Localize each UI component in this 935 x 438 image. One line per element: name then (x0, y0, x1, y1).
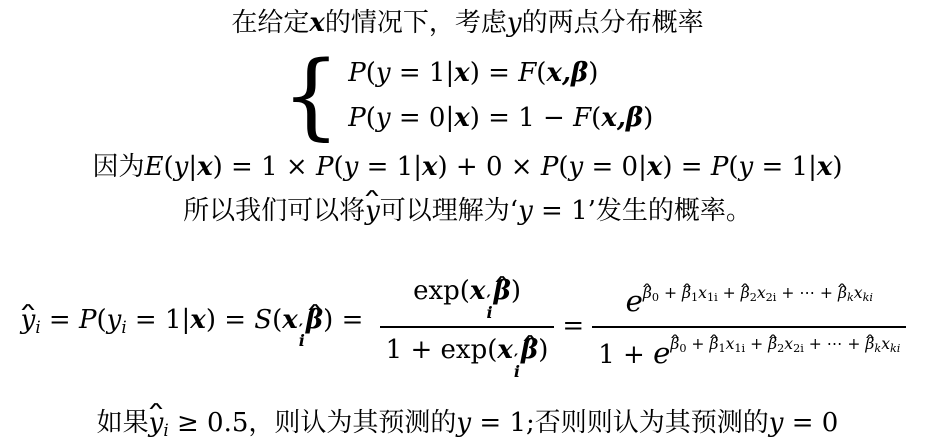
math-token: x (601, 103, 617, 133)
math-token: x (817, 152, 833, 182)
math-token: = (471, 408, 509, 438)
math-token: = (783, 408, 821, 438)
math-token: 1 (792, 152, 809, 182)
formula-left-part: ∧yi = P(yi = 1|x) = S(x′i∧β) = (21, 305, 372, 347)
math-token: y (107, 305, 122, 335)
math-token: F (518, 58, 536, 88)
math-token: + (686, 335, 709, 353)
math-token: y (507, 8, 522, 38)
math-token: , (617, 103, 626, 133)
hat-accent-icon: ∧ (362, 188, 382, 198)
hatted-token: ∧β (682, 284, 691, 302)
hatted-token: ∧β (306, 305, 323, 335)
math-token: ) (511, 276, 521, 306)
math-token: + (448, 152, 486, 182)
math-token: y (376, 103, 391, 133)
math-token: 0 (652, 291, 659, 304)
math-token: | (188, 152, 197, 182)
math-token: 1 (165, 305, 182, 335)
math-token: + ⋯ + (776, 284, 838, 302)
math-token: ，则认为其预测的 (248, 408, 456, 438)
math-token: F (573, 103, 591, 133)
hatted-token: ∧β (709, 335, 718, 353)
math-token: + ⋯ + (804, 335, 866, 353)
e-base: e (626, 288, 643, 318)
math-token: 因为 (92, 152, 144, 182)
math-token: | (445, 103, 454, 133)
math-token: = (480, 103, 518, 133)
hat-accent-icon: ∧ (864, 334, 876, 340)
math-token: y (569, 152, 584, 182)
math-token: P (316, 152, 334, 182)
math-token: 1 (509, 408, 526, 438)
math-token: ) (470, 58, 480, 88)
cases-rows: P(y = 1|x) = F(x,β) P(y = 0|x) = 1 − F(x… (348, 51, 653, 140)
math-token: ) (437, 152, 447, 182)
math-token: ) (588, 58, 598, 88)
math-token: x (309, 8, 325, 38)
math-token: x (197, 152, 213, 182)
fraction-denominator: 1 + e∧β0 + ∧β1x1i + ∧β2x2i + ⋯ + ∧βkxki (592, 328, 906, 369)
math-token: y (376, 58, 391, 88)
math-token: 0 (429, 103, 446, 133)
math-token: ) (832, 152, 842, 182)
hatted-token: ∧β (768, 335, 777, 353)
math-token: y (149, 408, 164, 438)
hat-accent-icon: ∧ (146, 401, 166, 411)
math-token: 1i (707, 291, 718, 304)
math-token: ) (206, 305, 216, 335)
math-token: 0 (622, 152, 639, 182)
math-token: ; (526, 408, 535, 438)
math-token: β (626, 103, 643, 133)
math-token: x (881, 335, 890, 353)
hat-accent-icon: ∧ (18, 302, 38, 312)
math-token: x (698, 284, 707, 302)
document-page: 在给定x的情况下，考虑y的两点分布概率 { P(y = 1|x) = F(x,β… (0, 0, 935, 438)
math-token: = (223, 152, 261, 182)
prime-sub-stack: ′i (299, 324, 305, 347)
fraction-exp-form: exp(x′i∧β) 1 + exp(x′i∧β) (380, 274, 555, 377)
math-token: | (445, 58, 454, 88)
math-token: × (278, 152, 316, 182)
title-text: 的两点分布概率 (522, 8, 704, 38)
interpretation-line: 所以我们可以将∧y可以理解为‘y = 1’发生的概率。 (0, 191, 935, 233)
math-token: 1 + exp( (386, 335, 498, 365)
math-token: 所以我们可以将 (183, 196, 365, 226)
math-token: × (503, 152, 541, 182)
expectation-line: 因为E(y|x) = 1 × P(y = 1|x) + 0 × P(y = 0|… (0, 147, 935, 189)
math-token: x (497, 335, 513, 365)
math-token: y (456, 408, 471, 438)
math-token: 2i (766, 291, 777, 304)
math-token: x (470, 276, 486, 306)
math-token: E (144, 152, 163, 182)
hat-accent-icon: ∧ (520, 333, 540, 343)
math-token: k (847, 291, 854, 304)
math-token: x (854, 284, 863, 302)
math-token: ( (558, 152, 568, 182)
math-token: = (583, 152, 621, 182)
math-token: 否则则认为其预测的 (535, 408, 769, 438)
math-token: = (216, 305, 254, 335)
math-token: 可以理解为 (380, 196, 510, 226)
math-token: ( (366, 58, 376, 88)
decision-rule-line: 如果∧yi ≥ 0.5，则认为其预测的y = 1;否则则认为其预测的y = 0 (0, 403, 935, 438)
title-text: 的情况下，考虑 (325, 8, 507, 38)
math-token: | (638, 152, 647, 182)
math-token: ) (662, 152, 672, 182)
hatted-token: ∧β (741, 284, 750, 302)
prime-sub-stack: ′i (514, 354, 520, 377)
math-token: = (480, 58, 518, 88)
math-token: ) (643, 103, 653, 133)
math-token: | (182, 305, 191, 335)
math-token: = (391, 58, 429, 88)
math-token: = (41, 305, 79, 335)
math-token: ( (591, 103, 601, 133)
hatted-token: ∧β (838, 284, 847, 302)
math-token: x (546, 58, 562, 88)
math-token: ( (536, 58, 546, 88)
math-token: ’ (588, 196, 596, 226)
math-token: 发生的概率。 (596, 196, 752, 226)
fraction-numerator: e∧β0 + ∧β1x1i + ∧β2x2i + ⋯ + ∧βkxki (592, 282, 906, 328)
math-token: β (571, 58, 588, 88)
math-token: = (333, 305, 371, 335)
hat-accent-icon: ∧ (641, 283, 653, 289)
hatted-token: ∧β (521, 335, 538, 365)
fraction-denominator: 1 + exp(x′i∧β) (380, 328, 555, 377)
math-token: x (757, 284, 766, 302)
e-base: 1 + e (598, 340, 670, 370)
math-token: P (541, 152, 559, 182)
math-token: ( (366, 103, 376, 133)
math-token: − (535, 103, 573, 133)
hat-accent-icon: ∧ (305, 302, 325, 312)
math-token: 1 (397, 152, 414, 182)
math-token: 2i (793, 342, 804, 355)
hatted-token: ∧y (149, 403, 164, 438)
math-token: + (718, 284, 741, 302)
math-token: y (769, 408, 784, 438)
math-token: S (254, 305, 272, 335)
title-line: 在给定x的情况下，考虑y的两点分布概率 (0, 0, 935, 41)
subscript-index: i (299, 335, 305, 347)
math-token: 1 (571, 196, 588, 226)
math-token: ) (470, 103, 480, 133)
hatted-token: ∧β (494, 276, 511, 306)
math-token: = (562, 311, 584, 341)
math-token: y (174, 152, 189, 182)
math-token: P (348, 58, 366, 88)
math-token: ‘ (510, 196, 518, 226)
math-token: 0 (486, 152, 503, 182)
math-token: 1 (518, 103, 535, 133)
math-token: , (562, 58, 571, 88)
math-token: P (711, 152, 729, 182)
cases-row-1: P(y = 1|x) = F(x,β) (348, 51, 653, 96)
math-token: 1 (429, 58, 446, 88)
math-token: x (190, 305, 206, 335)
math-token: ki (863, 291, 873, 304)
math-token: ) (213, 152, 223, 182)
math-token: e (626, 284, 643, 318)
hat-accent-icon: ∧ (681, 283, 693, 289)
exponent: ∧β0 + ∧β1x1i + ∧β2x2i + ⋯ + ∧βkxki (670, 335, 900, 353)
math-token: exp( (413, 276, 470, 306)
math-token: x (282, 305, 298, 335)
math-token: ( (333, 152, 343, 182)
math-token: x (647, 152, 663, 182)
math-token: y (518, 196, 533, 226)
math-token: = (533, 196, 571, 226)
math-token: = (673, 152, 711, 182)
math-token: 2 (750, 291, 757, 304)
fraction-e-form: e∧β0 + ∧β1x1i + ∧β2x2i + ⋯ + ∧βkxki 1 + … (592, 282, 906, 370)
cases-block: { P(y = 1|x) = F(x,β) P(y = 0|x) = 1 − F… (0, 48, 935, 144)
math-token: + (745, 335, 768, 353)
math-token: = (753, 152, 791, 182)
math-token: x (454, 58, 470, 88)
math-token: y (344, 152, 359, 182)
hat-accent-icon: ∧ (836, 283, 848, 289)
equals-sign: = (562, 311, 584, 341)
prime-sub-stack: ′i (486, 295, 492, 318)
math-token: P (79, 305, 97, 335)
math-token: 1 (718, 342, 725, 355)
hat-accent-icon: ∧ (669, 334, 681, 340)
hatted-token: ∧y (365, 191, 380, 233)
math-token: = (391, 103, 429, 133)
math-token: ( (728, 152, 738, 182)
math-token: 1 (261, 152, 278, 182)
hat-accent-icon: ∧ (708, 334, 720, 340)
math-token: ki (890, 342, 900, 355)
math-token: 0 (822, 408, 839, 438)
hat-accent-icon: ∧ (739, 283, 751, 289)
math-token: ( (272, 305, 282, 335)
math-token: ≥ (169, 408, 207, 438)
left-curly-brace: { (282, 54, 341, 138)
cases-row-2: P(y = 0|x) = 1 − F(x,β) (348, 96, 653, 141)
hatted-token: ∧β (865, 335, 874, 353)
subscript-index: i (486, 307, 492, 319)
math-token: = (358, 152, 396, 182)
math-token: x (784, 335, 793, 353)
math-token: | (413, 152, 422, 182)
math-token: 如果 (97, 408, 149, 438)
hat-accent-icon: ∧ (767, 334, 779, 340)
hat-accent-icon: ∧ (492, 274, 512, 284)
math-token: 1 + (598, 340, 653, 370)
math-token: ( (96, 305, 106, 335)
fraction-numerator: exp(x′i∧β) (380, 274, 555, 328)
subscript-index: i (514, 366, 520, 378)
math-token: = (127, 305, 165, 335)
math-token: y (365, 196, 380, 226)
math-token: e (653, 336, 670, 370)
math-token: 0.5 (207, 408, 248, 438)
math-token: | (808, 152, 817, 182)
hatted-token: ∧β (670, 335, 679, 353)
math-token: x (454, 103, 470, 133)
math-token: ( (163, 152, 173, 182)
math-token: 1i (734, 342, 745, 355)
math-token: x (422, 152, 438, 182)
math-token: + (659, 284, 682, 302)
hatted-token: ∧y (21, 305, 36, 335)
exponent: ∧β0 + ∧β1x1i + ∧β2x2i + ⋯ + ∧βkxki (643, 284, 873, 302)
hatted-token: ∧β (643, 284, 652, 302)
math-token: y (739, 152, 754, 182)
logit-formula: ∧yi = P(yi = 1|x) = S(x′i∧β) = exp(x′i∧β… (0, 274, 935, 377)
math-token: P (348, 103, 366, 133)
title-text: 在给定 (231, 8, 309, 38)
